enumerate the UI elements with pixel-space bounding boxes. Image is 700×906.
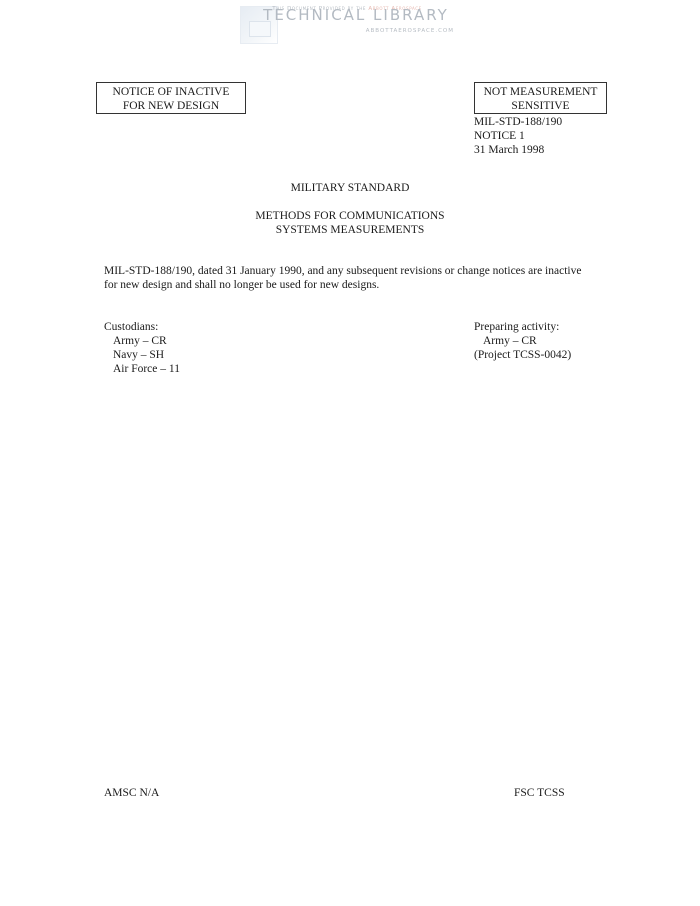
custodians-label: Custodians: [104,320,158,334]
body-paragraph-line-1: MIL-STD-188/190, dated 31 January 1990, … [104,264,581,278]
document-subtitle-line-1: METHODS FOR COMMUNICATIONS [0,209,700,223]
watermark-url: ABBOTTAEROSPACE.COM [336,24,454,38]
body-paragraph-line-2: for new design and shall no longer be us… [104,278,379,292]
measurement-sensitivity-box: NOT MEASUREMENT SENSITIVE [474,82,607,114]
preparing-activity-agency: Army – CR [483,334,537,348]
document-id: MIL-STD-188/190 [474,115,562,129]
measurement-line-2: SENSITIVE [475,99,606,113]
footer-amsc: AMSC N/A [104,786,159,800]
document-heading: MILITARY STANDARD [0,181,700,195]
footer-fsc: FSC TCSS [514,786,565,800]
custodian-army: Army – CR [113,334,167,348]
preparing-activity-label: Preparing activity: [474,320,559,334]
watermark-title: TECHNICAL LIBRARY [256,7,456,23]
inactive-notice-line-1: NOTICE OF INACTIVE [97,85,245,99]
notice-date: 31 March 1998 [474,143,544,157]
custodian-air-force: Air Force – 11 [113,362,180,376]
inactive-notice-line-2: FOR NEW DESIGN [97,99,245,113]
custodian-navy: Navy – SH [113,348,164,362]
document-subtitle-line-2: SYSTEMS MEASUREMENTS [0,223,700,237]
measurement-line-1: NOT MEASUREMENT [475,85,606,99]
watermark-header: This Document Provided by the Abbott Aer… [236,0,456,48]
inactive-notice-box: NOTICE OF INACTIVE FOR NEW DESIGN [96,82,246,114]
preparing-activity-project: (Project TCSS-0042) [474,348,571,362]
notice-number: NOTICE 1 [474,129,525,143]
